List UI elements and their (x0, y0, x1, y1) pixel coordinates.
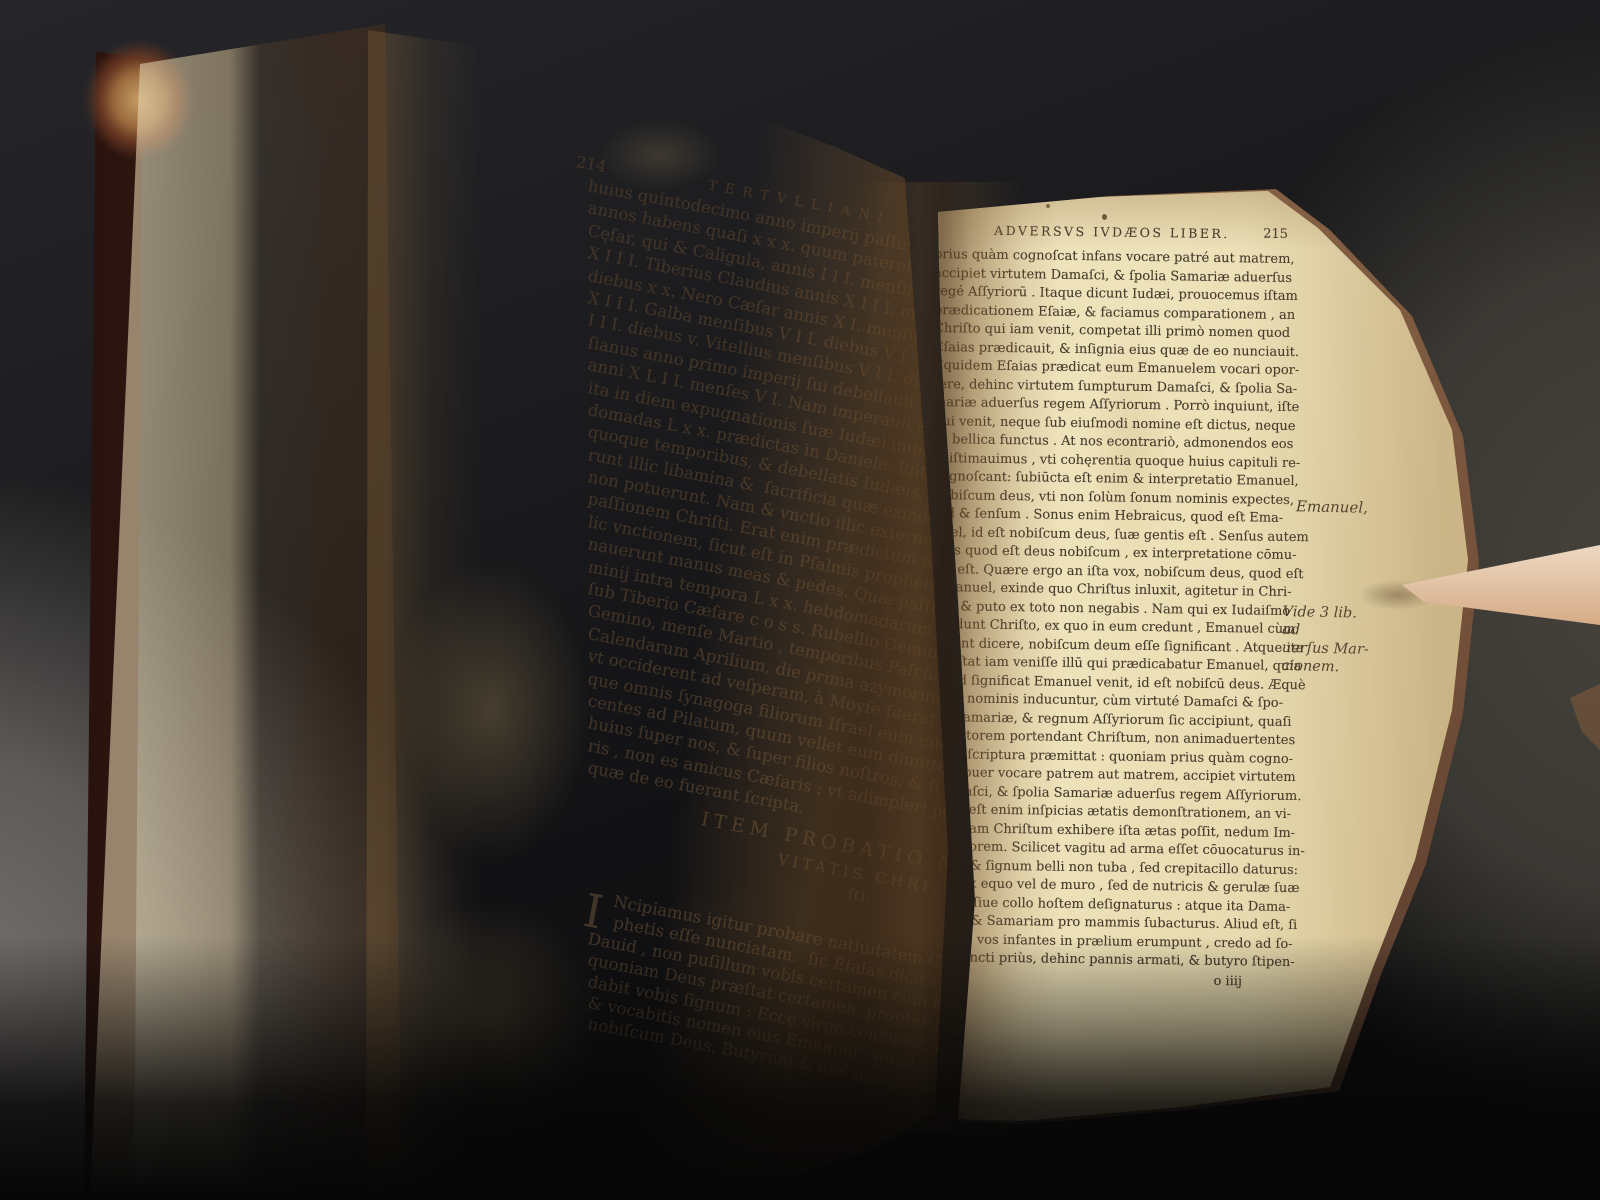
photo-of-open-book: 214 TERTVLLIANI huius quintodecimo anno … (0, 0, 1600, 1200)
page-gutter-shadow (862, 182, 1022, 1132)
